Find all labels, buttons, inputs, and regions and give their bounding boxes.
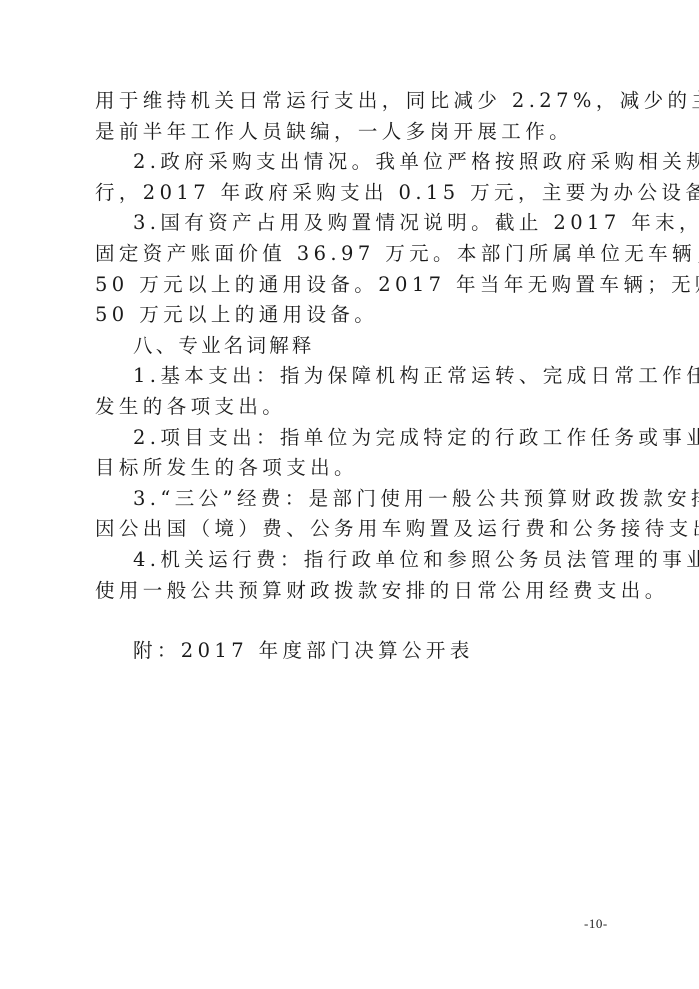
page-number: -10-	[584, 916, 608, 932]
paragraph-line: 是前半年工作人员缺编，一人多岗开展工作。	[95, 117, 615, 148]
paragraph-line: 50 万元以上的通用设备。2017 年当年无购置车辆；无购置单价	[95, 270, 615, 301]
definition-operating-cost: 4.机关运行费：指行政单位和参照公务员法管理的事业单位	[95, 545, 615, 576]
paragraph-line: 固定资产账面价值 36.97 万元。本部门所属单位无车辆；无单价	[95, 239, 615, 270]
paragraph-line: 行，2017 年政府采购支出 0.15 万元，主要为办公设备购置。	[95, 178, 615, 209]
paragraph-line: 50 万元以上的通用设备。	[95, 300, 615, 331]
document-page: 用于维持机关日常运行支出，同比减少 2.27%，减少的主要原因 是前半年工作人员…	[0, 0, 699, 989]
definition-three-public-cont: 因公出国（境）费、公务用车购置及运行费和公务接待支出。	[95, 514, 615, 545]
definition-basic-expenditure-cont: 发生的各项支出。	[95, 392, 615, 423]
section-heading: 八、专业名词解释	[95, 331, 615, 362]
attachment-note: 附：2017 年度部门决算公开表	[95, 636, 615, 667]
definition-operating-cost-cont: 使用一般公共预算财政拨款安排的日常公用经费支出。	[95, 576, 615, 607]
document-body: 用于维持机关日常运行支出，同比减少 2.27%，减少的主要原因 是前半年工作人员…	[95, 86, 615, 667]
paragraph-line-procurement: 2.政府采购支出情况。我单位严格按照政府采购相关规定执	[95, 147, 615, 178]
definition-three-public: 3.“三公”经费：是部门使用一般公共预算财政拨款安排的	[95, 484, 615, 515]
paragraph-line: 用于维持机关日常运行支出，同比减少 2.27%，减少的主要原因	[95, 86, 615, 117]
definition-project-expenditure-cont: 目标所发生的各项支出。	[95, 453, 615, 484]
definition-basic-expenditure: 1.基本支出：指为保障机构正常运转、完成日常工作任务而	[95, 361, 615, 392]
paragraph-line-assets: 3.国有资产占用及购置情况说明。截止 2017 年末，本部门	[95, 208, 615, 239]
definition-project-expenditure: 2.项目支出：指单位为完成特定的行政工作任务或事业发展	[95, 423, 615, 454]
